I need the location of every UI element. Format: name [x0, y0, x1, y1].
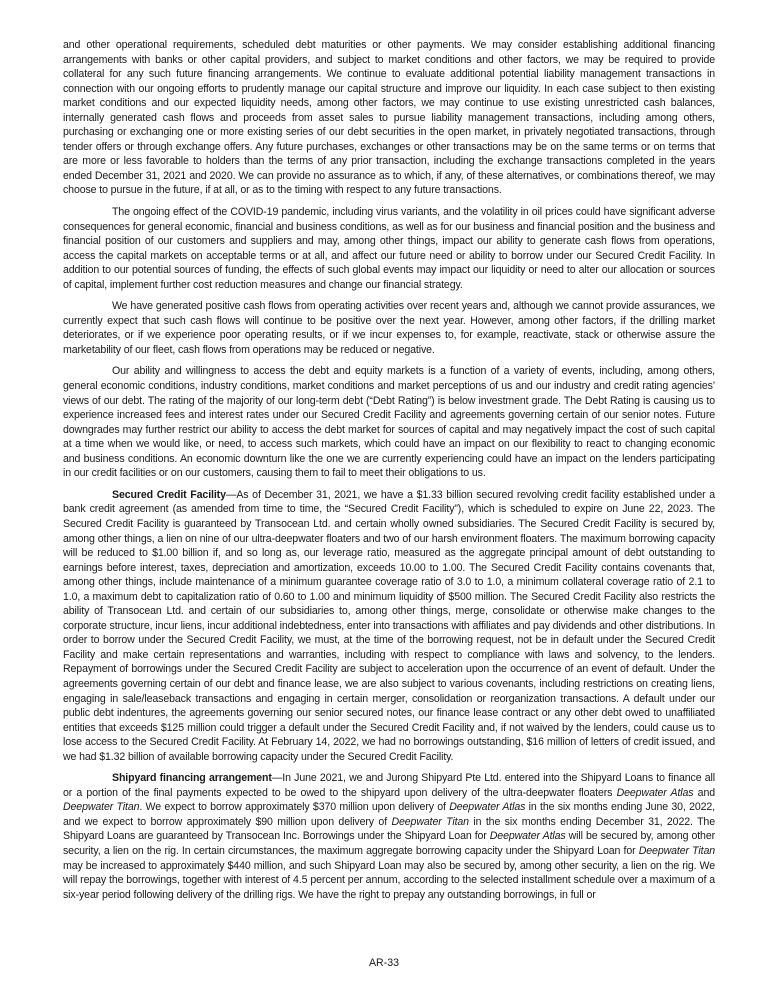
rig-name: Deepwater Atlas: [617, 787, 694, 799]
paragraph-covid-impact: The ongoing effect of the COVID-19 pande…: [63, 205, 715, 292]
paragraph-debt-rating: Our ability and willingness to access th…: [63, 364, 715, 480]
paragraph-segment: . We expect to borrow approximately $370…: [139, 801, 449, 813]
rig-name: Deepwater Titan: [639, 845, 715, 857]
paragraph-text: We have generated positive cash flows fr…: [63, 300, 715, 356]
rig-name: Deepwater Atlas: [449, 801, 525, 813]
paragraph-text: The ongoing effect of the COVID-19 pande…: [63, 206, 715, 291]
paragraph-liability-management: and other operational requirements, sche…: [63, 38, 715, 198]
page-number-footer: AR-33: [0, 957, 768, 969]
paragraph-shipyard-financing: Shipyard financing arrangement—In June 2…: [63, 771, 715, 902]
paragraph-operating-cash-flows: We have generated positive cash flows fr…: [63, 299, 715, 357]
document-page: and other operational requirements, sche…: [63, 38, 715, 909]
paragraph-text: and other operational requirements, sche…: [63, 39, 715, 196]
paragraph-text: Our ability and willingness to access th…: [63, 365, 715, 479]
section-lead-heading: Secured Credit Facility: [112, 489, 226, 501]
paragraph-segment: may be increased to approximately $440 m…: [63, 860, 715, 901]
rig-name: Deepwater Atlas: [490, 830, 566, 842]
rig-name: Deepwater Titan: [391, 816, 468, 828]
paragraph-text: —As of December 31, 2021, we have a $1.3…: [63, 489, 715, 763]
section-lead-heading: Shipyard financing arrangement: [112, 772, 272, 784]
paragraph-segment: and: [693, 787, 715, 799]
paragraph-secured-credit-facility: Secured Credit Facility—As of December 3…: [63, 488, 715, 764]
rig-name: Deepwater Titan: [63, 801, 139, 813]
